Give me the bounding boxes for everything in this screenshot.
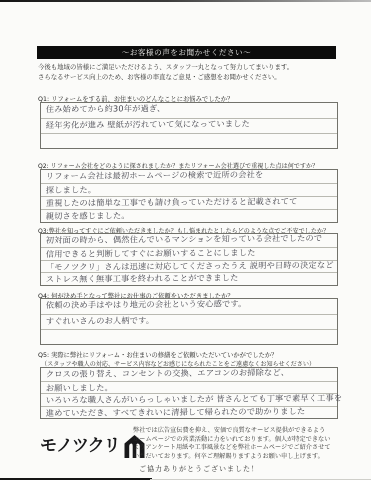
answer-line: 重視したのは簡単な工事でも請け負っていただけると記載されてて <box>41 196 337 209</box>
handwritten-answer: 初対面の時から、偶然住んでいるマンションを知っている会社でしたので <box>46 233 323 246</box>
question-5-answer-box: クロスの張り替え、コンセントの交換、エアコンのお掃除など、 お願いしました。 い… <box>40 367 338 419</box>
footer-notice: 弊社では広告宣伝費を抑え、安価で良質なサービス提供ができるよう ホームページでの… <box>133 427 348 462</box>
answer-line: 依頼の決め手はやはり地元の会社という安心感です。 <box>41 299 337 314</box>
answer-line: 初対面の時から、偶然住んでいるマンションを知っている会社でしたので <box>41 234 337 247</box>
handwritten-answer: 重視したのは簡単な工事でも請け負っていただけると記載されてて <box>46 196 298 209</box>
question-3-answer-box: 初対面の時から、偶然住んでいるマンションを知っている会社でしたので 信用できると… <box>40 233 338 286</box>
handwritten-answer: 信用できると判断してすぐにお願いすることにしました <box>46 247 256 260</box>
intro-text: 今後も地域の皆様にご満足いただけるよう、スタッフ一丸となって努力してまいります。… <box>38 63 293 82</box>
thank-you-message: ご協力ありがとうございました！ <box>139 464 259 474</box>
handwritten-answer: 経年劣化が進み 壁紙が汚れていて気になっていました <box>46 118 250 131</box>
answer-line <box>41 133 337 148</box>
answer-line: リフォーム会社は最初ホームページの検索で近所の会社を <box>41 170 337 183</box>
question-4-answer-box: 依頼の決め手はやはり地元の会社という安心感です。 すぐれいさんのお人柄です。 <box>40 298 338 345</box>
answer-line: お願いしました。 <box>41 381 337 394</box>
answer-line: 探しました。 <box>41 183 337 196</box>
answer-line: 信用できると判断してすぐにお願いすることにしました <box>41 247 337 260</box>
intro-line-1: 今後も地域の皆様にご満足いただけるよう、スタッフ一丸となって努力してまいります。 <box>38 63 293 73</box>
handwritten-answer: リフォーム会社は最初ホームページの検索で近所の会社を <box>46 169 264 182</box>
answer-line: 住み始めてから約30年が過ぎ、 <box>41 103 337 118</box>
company-logo: モノツクリ <box>40 433 146 459</box>
question-2-answer-box: リフォーム会社は最初ホームページの検索で近所の会社を 探しました。 重視したのは… <box>40 169 338 223</box>
intro-line-2: さらなるサービス向上のため、お客様の率直なご意見・ご感想をお聞かせください。 <box>38 73 293 83</box>
answer-line: すぐれいさんのお人柄です。 <box>41 314 337 329</box>
scan-edge-top <box>0 0 371 2</box>
answer-line: 「モノツクリ」さんは迅速に対応してくださったうえ 説明や日時の決定など <box>41 260 337 273</box>
answer-line: いろいろな職人さんがいらっしゃいましたが 皆さんとても丁寧で素早く工事を <box>41 393 337 406</box>
handwritten-answer: いろいろな職人さんがいらっしゃいましたが 皆さんとても丁寧で素早く工事を <box>46 393 343 406</box>
answer-line: 進めていただき、すべてきれいに清掃して帰られたので助かりました <box>41 406 337 419</box>
answer-line: ストレス無く無事工事を終われることができました <box>41 272 337 285</box>
answer-line: 経年劣化が進み 壁紙が汚れていて気になっていました <box>41 118 337 133</box>
handwritten-answer: 「モノツクリ」さんは迅速に対応してくださったうえ 説明や日時の決定など <box>46 259 334 272</box>
footer-line-4: いただいております。何卒ご理解賜りますようお願い申し上げます。 <box>133 453 348 462</box>
answer-line <box>41 329 337 344</box>
handwritten-answer: 親切さを感じました。 <box>46 210 130 222</box>
answer-line: 親切さを感じました。 <box>41 209 337 222</box>
answer-line: クロスの張り替え、コンセントの交換、エアコンのお掃除など、 <box>41 368 337 381</box>
footer-line-3: ようアンケート用紙や工事風景などを弊社ホームページでご紹介させて <box>133 444 348 453</box>
question-1-answer-box: 住み始めてから約30年が過ぎ、 経年劣化が進み 壁紙が汚れていて気になっていまし… <box>40 102 338 149</box>
company-logo-text: モノツクリ <box>40 433 120 459</box>
handwritten-answer: クロスの張り替え、コンセントの交換、エアコンのお掃除など、 <box>46 367 290 380</box>
scanned-survey-page: 〜お客様の声をお聞かせください〜 今後も地域の皆様にご満足いただけるよう、スタッ… <box>0 0 371 480</box>
handwritten-answer: お願いしました。 <box>46 382 113 394</box>
handwritten-answer: 住み始めてから約30年が過ぎ、 <box>46 103 166 115</box>
handwritten-answer: 進めていただき、すべてきれいに清掃して帰られたので助かりました <box>46 405 306 418</box>
footer-line-1: 弊社では広告宣伝費を抑え、安価で良質なサービス提供ができるよう <box>133 427 348 436</box>
survey-title-bar: 〜お客様の声をお聞かせください〜 <box>37 46 336 59</box>
handwritten-answer: ストレス無く無事工事を終われることができました <box>46 273 239 286</box>
handwritten-answer: すぐれいさんのお人柄です。 <box>46 315 155 327</box>
handwritten-answer: 探しました。 <box>46 185 97 196</box>
handwritten-answer: 依頼の決め手はやはり地元の会社という安心感です。 <box>46 298 247 311</box>
